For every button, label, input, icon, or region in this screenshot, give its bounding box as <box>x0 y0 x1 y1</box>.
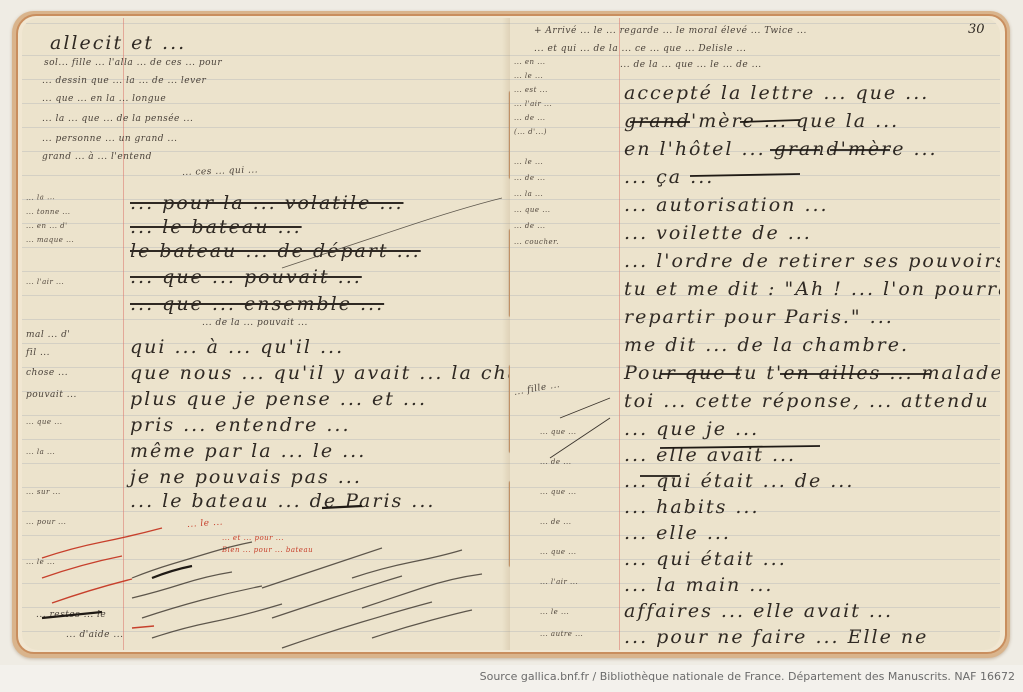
ink-strokes <box>22 18 510 650</box>
ink-strokes <box>510 18 1000 650</box>
left-page: allecit et ... sol... fille ... l'alla .… <box>22 18 510 650</box>
source-caption: Source gallica.bnf.fr / Bibliothèque nat… <box>480 670 1015 683</box>
notebook: allecit et ... sol... fille ... l'alla .… <box>12 11 1010 658</box>
right-page: 30 + Arrivé ... le ... regarde ... le mo… <box>510 18 1000 650</box>
manuscript-viewer: allecit et ... sol... fille ... l'alla .… <box>0 0 1023 665</box>
